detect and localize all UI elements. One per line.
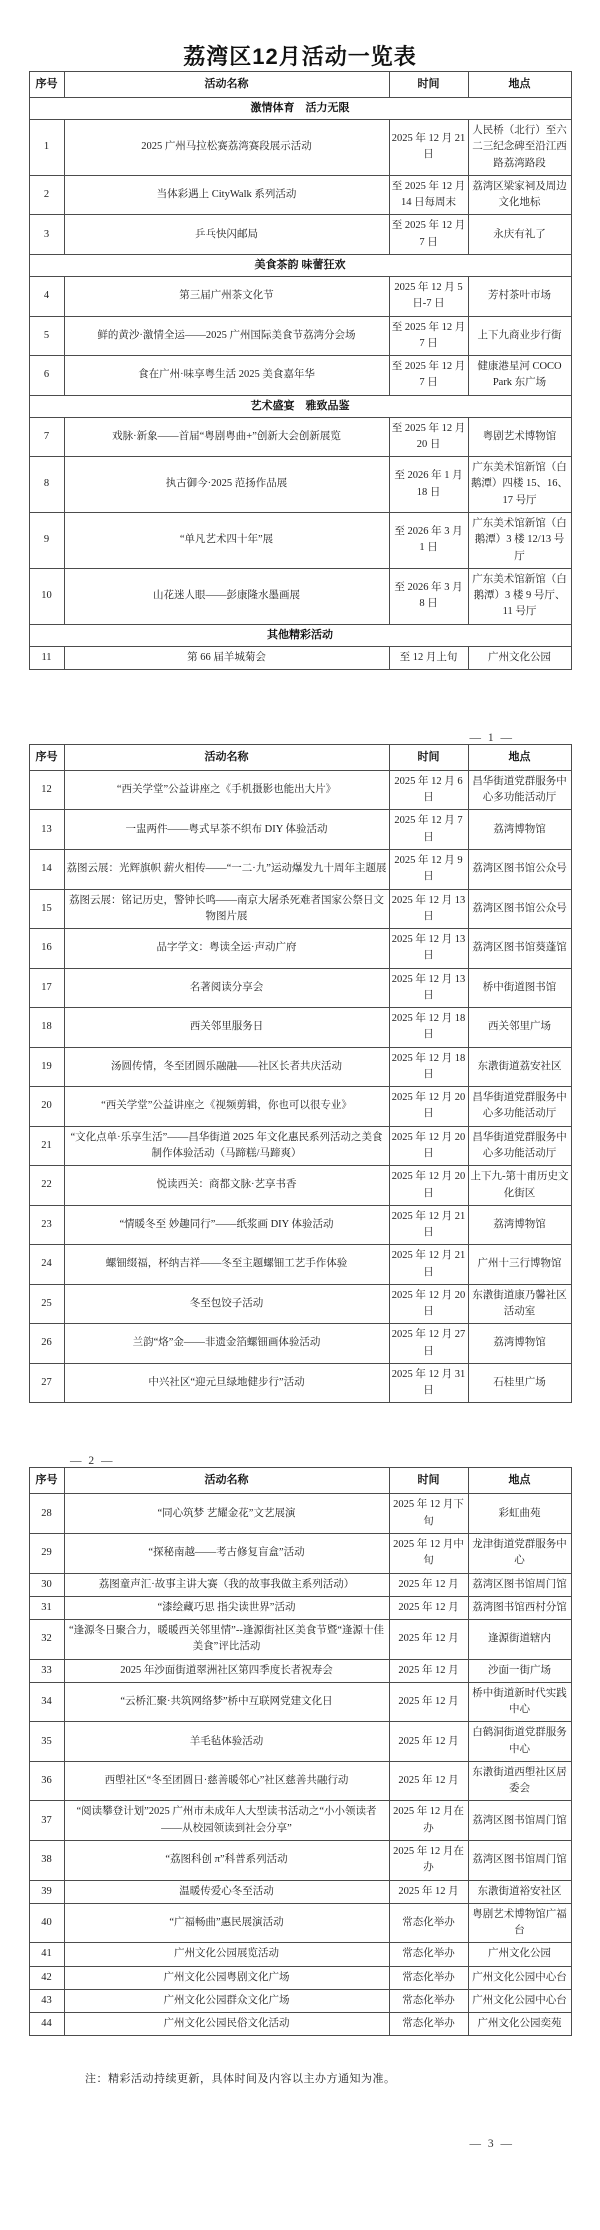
cell-no: 21 — [29, 1126, 64, 1166]
page-number-1: — 1 — — [0, 732, 600, 744]
cell-no: 43 — [29, 1989, 64, 2012]
cell-place: 上下九商业步行街 — [468, 316, 571, 356]
cell-activity-name: 2025 广州马拉松赛荔湾赛段展示活动 — [64, 120, 389, 176]
section-header-row: 其他精彩活动 — [29, 624, 571, 646]
cell-time: 2025 年 12 月 — [389, 1596, 468, 1619]
cell-no: 35 — [29, 1722, 64, 1762]
cell-activity-name: 螺钿缀福，杯纳吉祥——冬至主题螺钿工艺手作体验 — [64, 1245, 389, 1285]
cell-time: 常态化举办 — [389, 1903, 468, 1943]
section-header-row: 激情体育 活力无限 — [29, 98, 571, 120]
activity-row: 31“漆绘藏巧思 指尖读世界”活动2025 年 12 月荔湾图书馆西村分馆 — [29, 1596, 571, 1619]
cell-activity-name: “漆绘藏巧思 指尖读世界”活动 — [64, 1596, 389, 1619]
cell-time: 2025 年 12 月 5 日-7 日 — [389, 277, 468, 317]
cell-no: 9 — [29, 512, 64, 568]
section-header-label: 其他精彩活动 — [29, 624, 571, 646]
cell-activity-name: 食在广州·味享粤生活 2025 美食嘉年华 — [64, 356, 389, 396]
cell-place: 芳村茶叶市场 — [468, 277, 571, 317]
cell-time: 至 2025 年 12 月 7 日 — [389, 215, 468, 255]
header-row: 序号 活动名称 时间 地点 — [29, 744, 571, 770]
activity-row: 12“西关学堂”公益讲座之《手机摄影也能出大片》2025 年 12 月 6 日昌… — [29, 770, 571, 810]
activity-table-page-2: 序号 活动名称 时间 地点 12“西关学堂”公益讲座之《手机摄影也能出大片》20… — [29, 744, 572, 1404]
cell-time: 至 2026 年 1 月 18 日 — [389, 457, 468, 513]
cell-no: 3 — [29, 215, 64, 255]
cell-activity-name: “情暖冬至 妙趣同行”——纸浆画 DIY 体验活动 — [64, 1205, 389, 1245]
cell-no: 23 — [29, 1205, 64, 1245]
cell-place: 东漖街道西塱社区居委会 — [468, 1761, 571, 1801]
cell-time: 2025 年 12 月 — [389, 1620, 468, 1660]
cell-no: 30 — [29, 1573, 64, 1596]
activity-row: 41广州文化公园展览活动常态化举办广州文化公园 — [29, 1943, 571, 1966]
column-header-no: 序号 — [29, 1468, 64, 1494]
cell-activity-name: 乒乓快闪邮局 — [64, 215, 389, 255]
activity-row: 332025 年沙面街道翠洲社区第四季度长者祝寿会2025 年 12 月沙面一街… — [29, 1659, 571, 1682]
header-row: 序号 活动名称 时间 地点 — [29, 1468, 571, 1494]
table-header: 序号 活动名称 时间 地点 — [29, 1468, 571, 1494]
cell-place: 荔湾区梁家祠及周边文化地标 — [468, 175, 571, 215]
cell-place: 广州文化公园奕苑 — [468, 2013, 571, 2036]
cell-place: 广州文化公园中心台 — [468, 1966, 571, 1989]
cell-no: 7 — [29, 417, 64, 457]
cell-time: 至 2025 年 12 月 20 日 — [389, 417, 468, 457]
activity-row: 5鲜的黄沙·激情全运——2025 广州国际美食节荔湾分会场至 2025 年 12… — [29, 316, 571, 356]
table-body-page-1: 激情体育 活力无限12025 广州马拉松赛荔湾赛段展示活动2025 年 12 月… — [29, 98, 571, 670]
cell-activity-name: 荔图童声汇·故事主讲大赛（我的故事我做主系列活动） — [64, 1573, 389, 1596]
cell-place: 人民桥（北行）至六二三纪念碑至沿江西路荔湾路段 — [468, 120, 571, 176]
cell-place: 荔湾区图书馆公众号 — [468, 849, 571, 889]
activity-table-page-1: 序号 活动名称 时间 地点 激情体育 活力无限12025 广州马拉松赛荔湾赛段展… — [29, 71, 572, 670]
cell-activity-name: “西关学堂”公益讲座之《视频剪辑，你也可以很专业》 — [64, 1087, 389, 1127]
activity-row: 34“云桥汇聚·共筑网络梦”桥中互联网党建文化日2025 年 12 月桥中街道新… — [29, 1682, 571, 1722]
activity-row: 21“文化点单·乐享生活”——昌华街道 2025 年文化惠民系列活动之美食制作体… — [29, 1126, 571, 1166]
cell-place: 广东美术馆新馆（白鹅潭）3 楼 9 号厅、11 号厅 — [468, 568, 571, 624]
activity-row: 42广州文化公园粤剧文化广场常态化举办广州文化公园中心台 — [29, 1966, 571, 1989]
cell-no: 20 — [29, 1087, 64, 1127]
activity-row: 15荔图云展：铭记历史，警钟长鸣——南京大屠杀死难者国家公祭日文物图片展2025… — [29, 889, 571, 929]
cell-place: 上下九-第十甫历史文化街区 — [468, 1166, 571, 1206]
section-header-label: 激情体育 活力无限 — [29, 98, 571, 120]
activity-row: 37“阅读攀登计划”2025 广州市未成年人大型读书活动之“小小领读者——从校园… — [29, 1801, 571, 1841]
cell-no: 42 — [29, 1966, 64, 1989]
cell-time: 2025 年 12 月 18 日 — [389, 1008, 468, 1048]
cell-activity-name: 悦读西关：商都文脉·艺享书香 — [64, 1166, 389, 1206]
cell-time: 常态化举办 — [389, 1943, 468, 1966]
cell-no: 31 — [29, 1596, 64, 1619]
cell-activity-name: 羊毛毡体验活动 — [64, 1722, 389, 1762]
cell-no: 2 — [29, 175, 64, 215]
activity-row: 14荔图云展：光辉旗帜 薪火相传——“一二·九”运动爆发九十周年主题展2025 … — [29, 849, 571, 889]
cell-activity-name: 温暖传爱心冬至活动 — [64, 1880, 389, 1903]
cell-activity-name: 鲜的黄沙·激情全运——2025 广州国际美食节荔湾分会场 — [64, 316, 389, 356]
column-header-activity-name: 活动名称 — [64, 744, 389, 770]
cell-place: 沙面一街广场 — [468, 1659, 571, 1682]
cell-place: 永庆有礼了 — [468, 215, 571, 255]
section-header-row: 艺术盛宴 雅致品鉴 — [29, 395, 571, 417]
cell-activity-name: 冬至包饺子活动 — [64, 1284, 389, 1324]
cell-place: 白鹤洞街道党群服务中心 — [468, 1722, 571, 1762]
cell-no: 22 — [29, 1166, 64, 1206]
cell-activity-name: “逢源冬日聚合力，暖暖西关邻里情”--逢源街社区美食节暨“逢源十佳美食”评比活动 — [64, 1620, 389, 1660]
cell-place: 桥中街道图书馆 — [468, 968, 571, 1008]
cell-no: 14 — [29, 849, 64, 889]
activity-row: 19汤圆传情，冬至团圆乐融融——社区长者共庆活动2025 年 12 月 18 日… — [29, 1047, 571, 1087]
cell-time: 至 2025 年 12 月 7 日 — [389, 316, 468, 356]
activity-row: 27中兴社区“迎元旦绿地健步行”活动2025 年 12 月 31 日石桂里广场 — [29, 1363, 571, 1403]
cell-time: 2025 年 12 月 20 日 — [389, 1087, 468, 1127]
cell-activity-name: 汤圆传情，冬至团圆乐融融——社区长者共庆活动 — [64, 1047, 389, 1087]
cell-no: 29 — [29, 1534, 64, 1574]
activity-row: 20“西关学堂”公益讲座之《视频剪辑，你也可以很专业》2025 年 12 月 2… — [29, 1087, 571, 1127]
cell-time: 2025 年 12 月 — [389, 1761, 468, 1801]
cell-no: 38 — [29, 1840, 64, 1880]
activity-row: 25冬至包饺子活动2025 年 12 月 20 日东漖街道康乃馨社区活动室 — [29, 1284, 571, 1324]
cell-time: 2025 年 12 月 21 日 — [389, 1245, 468, 1285]
activity-row: 4第三届广州茶文化节2025 年 12 月 5 日-7 日芳村茶叶市场 — [29, 277, 571, 317]
cell-activity-name: 执古御今·2025 范扬作品展 — [64, 457, 389, 513]
cell-activity-name: “同心筑梦 艺耀金花”文艺展演 — [64, 1494, 389, 1534]
cell-activity-name: 第三届广州茶文化节 — [64, 277, 389, 317]
activity-row: 17名著阅读分享会2025 年 12 月 13 日桥中街道图书馆 — [29, 968, 571, 1008]
activity-row: 7戏脉·新象——首届“粤剧粤曲+”创新大会创新展览至 2025 年 12 月 2… — [29, 417, 571, 457]
cell-place: 健康港星河 COCO Park 东广场 — [468, 356, 571, 396]
cell-place: 广东美术馆新馆（白鹅潭）3 楼 12/13 号厅 — [468, 512, 571, 568]
cell-place: 东漖街道康乃馨社区活动室 — [468, 1284, 571, 1324]
cell-activity-name: “探秘南越——考古修复盲盒”活动 — [64, 1534, 389, 1574]
cell-place: 昌华街道党群服务中心多功能活动厅 — [468, 1087, 571, 1127]
activity-row: 18西关邻里服务日2025 年 12 月 18 日西关邻里广场 — [29, 1008, 571, 1048]
cell-time: 2025 年 12 月 — [389, 1682, 468, 1722]
cell-no: 25 — [29, 1284, 64, 1324]
cell-place: 荔湾博物馆 — [468, 810, 571, 850]
cell-place: 广东美术馆新馆（白鹅潭）四楼 15、16、17 号厅 — [468, 457, 571, 513]
section-header-label: 美食茶韵 味蕾狂欢 — [29, 254, 571, 276]
cell-time: 2025 年 12 月 27 日 — [389, 1324, 468, 1364]
cell-activity-name: “文化点单·乐享生活”——昌华街道 2025 年文化惠民系列活动之美食制作体验活… — [64, 1126, 389, 1166]
cell-place: 广州十三行博物馆 — [468, 1245, 571, 1285]
footnote: 注：精彩活动持续更新，具体时间及内容以主办方通知为准。 — [85, 2070, 600, 2086]
cell-activity-name: “广福畅曲”惠民展演活动 — [64, 1903, 389, 1943]
cell-time: 2025 年 12 月 20 日 — [389, 1126, 468, 1166]
cell-activity-name: 广州文化公园展览活动 — [64, 1943, 389, 1966]
cell-time: 2025 年 12 月 13 日 — [389, 889, 468, 929]
cell-place: 昌华街道党群服务中心多功能活动厅 — [468, 1126, 571, 1166]
activity-row: 39温暖传爱心冬至活动2025 年 12 月东漖街道裕安社区 — [29, 1880, 571, 1903]
column-header-no: 序号 — [29, 72, 64, 98]
cell-no: 4 — [29, 277, 64, 317]
cell-no: 39 — [29, 1880, 64, 1903]
cell-activity-name: 中兴社区“迎元旦绿地健步行”活动 — [64, 1363, 389, 1403]
cell-time: 常态化举办 — [389, 1966, 468, 1989]
activity-row: 16品字学文：粤读全运·声动广府2025 年 12 月 13 日荔湾区图书馆葵蓬… — [29, 929, 571, 969]
cell-no: 24 — [29, 1245, 64, 1285]
cell-time: 2025 年 12 月下旬 — [389, 1494, 468, 1534]
cell-place: 广州文化公园中心台 — [468, 1989, 571, 2012]
cell-time: 2025 年 12 月 — [389, 1880, 468, 1903]
activity-row: 2当体彩遇上 CityWalk 系列活动至 2025 年 12 月 14 日每周… — [29, 175, 571, 215]
activity-row: 24螺钿缀福，杯纳吉祥——冬至主题螺钿工艺手作体验2025 年 12 月 21 … — [29, 1245, 571, 1285]
cell-time: 2025 年 12 月 20 日 — [389, 1166, 468, 1206]
cell-time: 2025 年 12 月中旬 — [389, 1534, 468, 1574]
activity-row: 10山花迷人眼——彭康隆水墨画展至 2026 年 3 月 8 日广东美术馆新馆（… — [29, 568, 571, 624]
table-body-page-2: 12“西关学堂”公益讲座之《手机摄影也能出大片》2025 年 12 月 6 日昌… — [29, 770, 571, 1403]
cell-place: 逢源街道辖内 — [468, 1620, 571, 1660]
column-header-time: 时间 — [389, 744, 468, 770]
cell-no: 37 — [29, 1801, 64, 1841]
cell-place: 荔湾区图书馆周门馆 — [468, 1840, 571, 1880]
page-number-3: — 3 — — [0, 2138, 600, 2190]
cell-no: 11 — [29, 646, 64, 669]
cell-place: 粤剧艺术博物馆 — [468, 417, 571, 457]
activity-row: 29“探秘南越——考古修复盲盒”活动2025 年 12 月中旬龙津街道党群服务中… — [29, 1534, 571, 1574]
column-header-place: 地点 — [468, 1468, 571, 1494]
cell-time: 2025 年 12 月 6 日 — [389, 770, 468, 810]
table-header: 序号 活动名称 时间 地点 — [29, 72, 571, 98]
cell-place: 石桂里广场 — [468, 1363, 571, 1403]
activity-row: 26兰韵“烙”金——非遗金箔螺钿画体验活动2025 年 12 月 27 日荔湾博… — [29, 1324, 571, 1364]
cell-place: 荔湾区图书馆周门馆 — [468, 1801, 571, 1841]
cell-activity-name: 西关邻里服务日 — [64, 1008, 389, 1048]
cell-activity-name: “阅读攀登计划”2025 广州市未成年人大型读书活动之“小小领读者——从校园领读… — [64, 1801, 389, 1841]
column-header-place: 地点 — [468, 744, 571, 770]
cell-activity-name: 戏脉·新象——首届“粤剧粤曲+”创新大会创新展览 — [64, 417, 389, 457]
cell-time: 2025 年 12 月 13 日 — [389, 968, 468, 1008]
cell-time: 2025 年 12 月 18 日 — [389, 1047, 468, 1087]
column-header-time: 时间 — [389, 72, 468, 98]
activity-row: 35羊毛毡体验活动2025 年 12 月白鹤洞街道党群服务中心 — [29, 1722, 571, 1762]
cell-activity-name: “单凡艺术四十年”展 — [64, 512, 389, 568]
cell-place: 荔湾博物馆 — [468, 1324, 571, 1364]
activity-table-page-3: 序号 活动名称 时间 地点 28“同心筑梦 艺耀金花”文艺展演2025 年 12… — [29, 1467, 572, 2036]
cell-activity-name: 广州文化公园粤剧文化广场 — [64, 1966, 389, 1989]
cell-time: 2025 年 12 月 — [389, 1573, 468, 1596]
section-header-row: 美食茶韵 味蕾狂欢 — [29, 254, 571, 276]
cell-place: 广州文化公园 — [468, 646, 571, 669]
activity-row: 38“荔图科创 π”科普系列活动2025 年 12 月在办荔湾区图书馆周门馆 — [29, 1840, 571, 1880]
cell-no: 5 — [29, 316, 64, 356]
activity-row: 22悦读西关：商都文脉·艺享书香2025 年 12 月 20 日上下九-第十甫历… — [29, 1166, 571, 1206]
cell-time: 2025 年 12 月 31 日 — [389, 1363, 468, 1403]
activity-row: 11第 66 届羊城菊会至 12 月上旬广州文化公园 — [29, 646, 571, 669]
cell-place: 广州文化公园 — [468, 1943, 571, 1966]
cell-place: 桥中街道新时代实践中心 — [468, 1682, 571, 1722]
cell-no: 15 — [29, 889, 64, 929]
cell-activity-name: 品字学文：粤读全运·声动广府 — [64, 929, 389, 969]
cell-no: 8 — [29, 457, 64, 513]
cell-place: 龙津街道党群服务中心 — [468, 1534, 571, 1574]
activity-row: 36西塱社区“冬至团圆日·慈善暖邻心”社区慈善共融行动2025 年 12 月东漖… — [29, 1761, 571, 1801]
cell-no: 34 — [29, 1682, 64, 1722]
cell-time: 2025 年 12 月 20 日 — [389, 1284, 468, 1324]
column-header-activity-name: 活动名称 — [64, 72, 389, 98]
cell-place: 荔湾区图书馆公众号 — [468, 889, 571, 929]
cell-time: 2025 年 12 月 21 日 — [389, 1205, 468, 1245]
cell-activity-name: 第 66 届羊城菊会 — [64, 646, 389, 669]
cell-no: 13 — [29, 810, 64, 850]
cell-no: 10 — [29, 568, 64, 624]
cell-no: 36 — [29, 1761, 64, 1801]
column-header-place: 地点 — [468, 72, 571, 98]
cell-time: 2025 年 12 月 7 日 — [389, 810, 468, 850]
cell-time: 常态化举办 — [389, 2013, 468, 2036]
cell-no: 41 — [29, 1943, 64, 1966]
cell-no: 32 — [29, 1620, 64, 1660]
cell-activity-name: “荔图科创 π”科普系列活动 — [64, 1840, 389, 1880]
page-number-2: — 2 — — [0, 1455, 600, 1467]
cell-activity-name: 兰韵“烙”金——非遗金箔螺钿画体验活动 — [64, 1324, 389, 1364]
cell-place: 昌华街道党群服务中心多功能活动厅 — [468, 770, 571, 810]
cell-place: 彩虹曲苑 — [468, 1494, 571, 1534]
activity-row: 43广州文化公园群众文化广场常态化举办广州文化公园中心台 — [29, 1989, 571, 2012]
cell-time: 至 2026 年 3 月 1 日 — [389, 512, 468, 568]
page-title: 荔湾区12月活动一览表 — [0, 40, 600, 71]
cell-time: 至 2025 年 12 月 14 日每周末 — [389, 175, 468, 215]
cell-activity-name: 名著阅读分享会 — [64, 968, 389, 1008]
cell-activity-name: 西塱社区“冬至团圆日·慈善暖邻心”社区慈善共融行动 — [64, 1761, 389, 1801]
cell-activity-name: “云桥汇聚·共筑网络梦”桥中互联网党建文化日 — [64, 1682, 389, 1722]
column-header-activity-name: 活动名称 — [64, 1468, 389, 1494]
cell-activity-name: 山花迷人眼——彭康隆水墨画展 — [64, 568, 389, 624]
cell-no: 26 — [29, 1324, 64, 1364]
cell-activity-name: 一盅两件——粤式早茶不织布 DIY 体验活动 — [64, 810, 389, 850]
cell-time: 2025 年 12 月 21 日 — [389, 120, 468, 176]
activity-row: 6食在广州·味享粤生活 2025 美食嘉年华至 2025 年 12 月 7 日健… — [29, 356, 571, 396]
cell-no: 17 — [29, 968, 64, 1008]
activity-row: 30荔图童声汇·故事主讲大赛（我的故事我做主系列活动）2025 年 12 月荔湾… — [29, 1573, 571, 1596]
cell-place: 荔湾博物馆 — [468, 1205, 571, 1245]
cell-place: 东漖街道荔安社区 — [468, 1047, 571, 1087]
activity-row: 28“同心筑梦 艺耀金花”文艺展演2025 年 12 月下旬彩虹曲苑 — [29, 1494, 571, 1534]
cell-no: 1 — [29, 120, 64, 176]
cell-place: 东漖街道裕安社区 — [468, 1880, 571, 1903]
cell-time: 2025 年 12 月在办 — [389, 1840, 468, 1880]
cell-activity-name: 2025 年沙面街道翠洲社区第四季度长者祝寿会 — [64, 1659, 389, 1682]
cell-activity-name: “西关学堂”公益讲座之《手机摄影也能出大片》 — [64, 770, 389, 810]
table-header: 序号 活动名称 时间 地点 — [29, 744, 571, 770]
cell-time: 至 12 月上旬 — [389, 646, 468, 669]
activity-row: 40“广福畅曲”惠民展演活动常态化举办粤剧艺术博物馆广福台 — [29, 1903, 571, 1943]
cell-place: 荔湾区图书馆周门馆 — [468, 1573, 571, 1596]
table-body-page-3: 28“同心筑梦 艺耀金花”文艺展演2025 年 12 月下旬彩虹曲苑29“探秘南… — [29, 1494, 571, 2036]
cell-time: 2025 年 12 月 — [389, 1722, 468, 1762]
document: 荔湾区12月活动一览表 序号 活动名称 时间 地点 激情体育 活力无限12025… — [0, 40, 600, 2190]
cell-activity-name: 荔图云展：铭记历史，警钟长鸣——南京大屠杀死难者国家公祭日文物图片展 — [64, 889, 389, 929]
cell-time: 常态化举办 — [389, 1989, 468, 2012]
activity-row: 12025 广州马拉松赛荔湾赛段展示活动2025 年 12 月 21 日人民桥（… — [29, 120, 571, 176]
activity-row: 13一盅两件——粤式早茶不织布 DIY 体验活动2025 年 12 月 7 日荔… — [29, 810, 571, 850]
cell-time: 至 2026 年 3 月 8 日 — [389, 568, 468, 624]
cell-activity-name: 当体彩遇上 CityWalk 系列活动 — [64, 175, 389, 215]
cell-no: 40 — [29, 1903, 64, 1943]
activity-row: 44广州文化公园民俗文化活动常态化举办广州文化公园奕苑 — [29, 2013, 571, 2036]
cell-place: 粤剧艺术博物馆广福台 — [468, 1903, 571, 1943]
cell-no: 44 — [29, 2013, 64, 2036]
cell-no: 27 — [29, 1363, 64, 1403]
cell-no: 33 — [29, 1659, 64, 1682]
cell-activity-name: 广州文化公园民俗文化活动 — [64, 2013, 389, 2036]
cell-activity-name: 广州文化公园群众文化广场 — [64, 1989, 389, 2012]
header-row: 序号 活动名称 时间 地点 — [29, 72, 571, 98]
section-header-label: 艺术盛宴 雅致品鉴 — [29, 395, 571, 417]
cell-time: 2025 年 12 月 9 日 — [389, 849, 468, 889]
cell-no: 6 — [29, 356, 64, 396]
cell-no: 19 — [29, 1047, 64, 1087]
activity-row: 23“情暖冬至 妙趣同行”——纸浆画 DIY 体验活动2025 年 12 月 2… — [29, 1205, 571, 1245]
activity-row: 32“逢源冬日聚合力，暖暖西关邻里情”--逢源街社区美食节暨“逢源十佳美食”评比… — [29, 1620, 571, 1660]
cell-time: 2025 年 12 月 13 日 — [389, 929, 468, 969]
cell-no: 16 — [29, 929, 64, 969]
cell-place: 西关邻里广场 — [468, 1008, 571, 1048]
cell-no: 12 — [29, 770, 64, 810]
activity-row: 3乒乓快闪邮局至 2025 年 12 月 7 日永庆有礼了 — [29, 215, 571, 255]
cell-time: 至 2025 年 12 月 7 日 — [389, 356, 468, 396]
cell-no: 18 — [29, 1008, 64, 1048]
activity-row: 9“单凡艺术四十年”展至 2026 年 3 月 1 日广东美术馆新馆（白鹅潭）3… — [29, 512, 571, 568]
cell-place: 荔湾图书馆西村分馆 — [468, 1596, 571, 1619]
cell-time: 2025 年 12 月 — [389, 1659, 468, 1682]
cell-no: 28 — [29, 1494, 64, 1534]
column-header-no: 序号 — [29, 744, 64, 770]
cell-activity-name: 荔图云展：光辉旗帜 薪火相传——“一二·九”运动爆发九十周年主题展 — [64, 849, 389, 889]
column-header-time: 时间 — [389, 1468, 468, 1494]
cell-time: 2025 年 12 月在办 — [389, 1801, 468, 1841]
cell-place: 荔湾区图书馆葵蓬馆 — [468, 929, 571, 969]
activity-row: 8执古御今·2025 范扬作品展至 2026 年 1 月 18 日广东美术馆新馆… — [29, 457, 571, 513]
